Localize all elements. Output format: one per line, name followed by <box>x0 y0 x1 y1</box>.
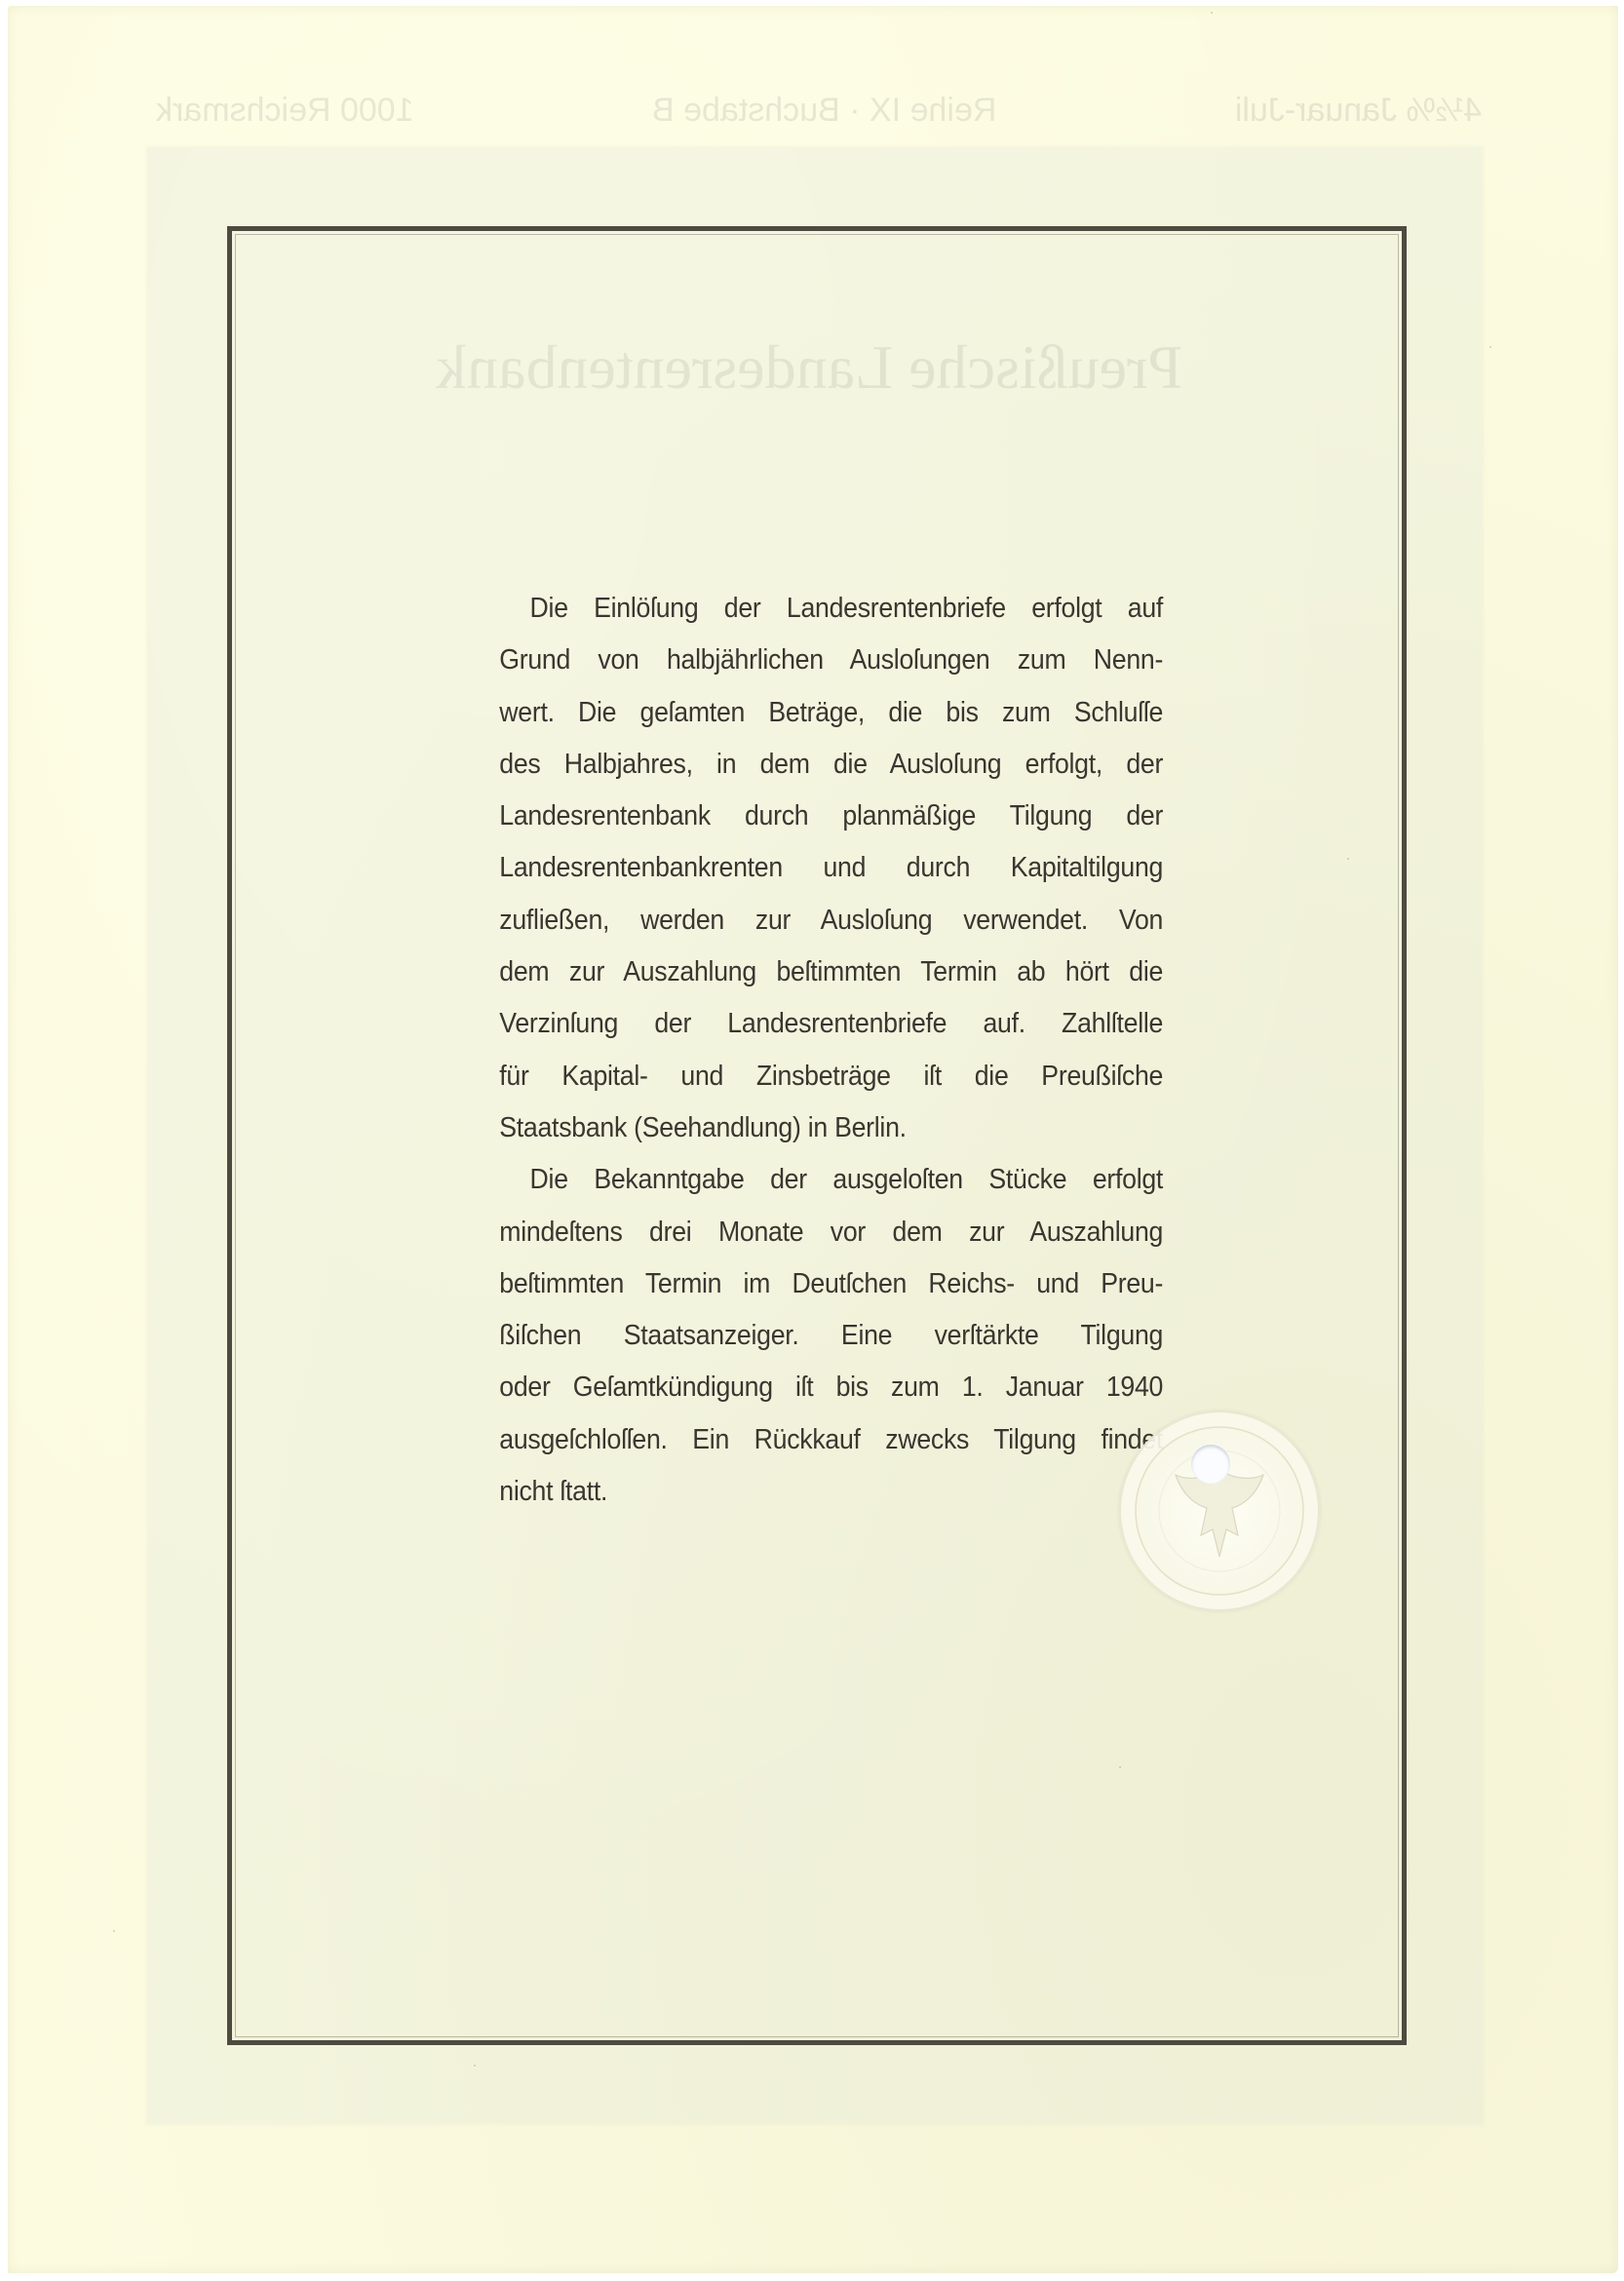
text-line: ßiſchen Staatsanzeiger. Eine verſtärkte … <box>469 1310 1163 1362</box>
text-line: oder Geſamtkündigung iſt bis zum 1. Janu… <box>469 1362 1163 1413</box>
paper-speck <box>113 1930 115 1932</box>
bleed-header-left: 4½% Januar-Juli <box>1235 92 1482 130</box>
text-line: Staatsbank (Seehandlung) in Berlin. <box>469 1102 1163 1154</box>
paper-speck <box>474 2065 476 2067</box>
text-line: Landesrentenbankrenten und durch Kapital… <box>469 842 1163 894</box>
text-line: für Kapital- und Zinsbeträge iſt die Pre… <box>469 1051 1163 1102</box>
cancellation-punch-hole <box>1191 1445 1230 1484</box>
paper-speck <box>1119 1766 1121 1768</box>
text-line: Die Bekanntgabe der ausgeloſten Stücke e… <box>469 1154 1163 1206</box>
text-line: Die Einlöſung der Landesrentenbriefe erf… <box>469 583 1163 635</box>
text-line: mindeſtens drei Monate vor dem zur Ausza… <box>469 1207 1163 1258</box>
paper-speck <box>1211 12 1213 14</box>
text-line: beſtimmten Termin im Deutſchen Reichs- u… <box>469 1258 1163 1310</box>
text-line: des Halbjahres, in dem die Ausloſung erf… <box>469 739 1163 791</box>
text-line: Landesrentenbank durch planmäßige Tilgun… <box>469 791 1163 842</box>
embossed-eagle-seal-icon <box>1119 1411 1320 1611</box>
paper-speck <box>1347 858 1349 860</box>
text-line: nicht ſtatt. <box>469 1466 1163 1518</box>
bleed-header-right: 1000 Reichsmark <box>156 92 414 130</box>
bleed-header-middle: Reihe IX · Buchstabe B <box>652 92 996 130</box>
text-line: ausgeſchloſſen. Ein Rückkauf zwecks Tilg… <box>469 1414 1163 1466</box>
text-line: wert. Die geſamten Beträge, die bis zum … <box>469 687 1163 739</box>
seal-eagle-icon <box>1119 1411 1320 1611</box>
text-line: Verzinſung der Landesrentenbriefe auf. Z… <box>469 998 1163 1050</box>
redemption-terms-text: Die Einlöſung der Landesrentenbriefe erf… <box>469 583 1163 1518</box>
paragraph-announcement: Die Bekanntgabe der ausgeloſten Stücke e… <box>469 1154 1163 1518</box>
paragraph-redemption: Die Einlöſung der Landesrentenbriefe erf… <box>469 583 1163 1154</box>
text-line: Grund von halbjährlichen Ausloſungen zum… <box>469 635 1163 686</box>
paper-speck <box>1489 346 1491 348</box>
text-line: zufließen, werden zur Ausloſung verwende… <box>469 895 1163 947</box>
text-line: dem zur Auszahlung beſtimmten Termin ab … <box>469 947 1163 998</box>
bleed-through-header: 4½% Januar-Juli Reihe IX · Buchstabe B 1… <box>156 86 1482 135</box>
